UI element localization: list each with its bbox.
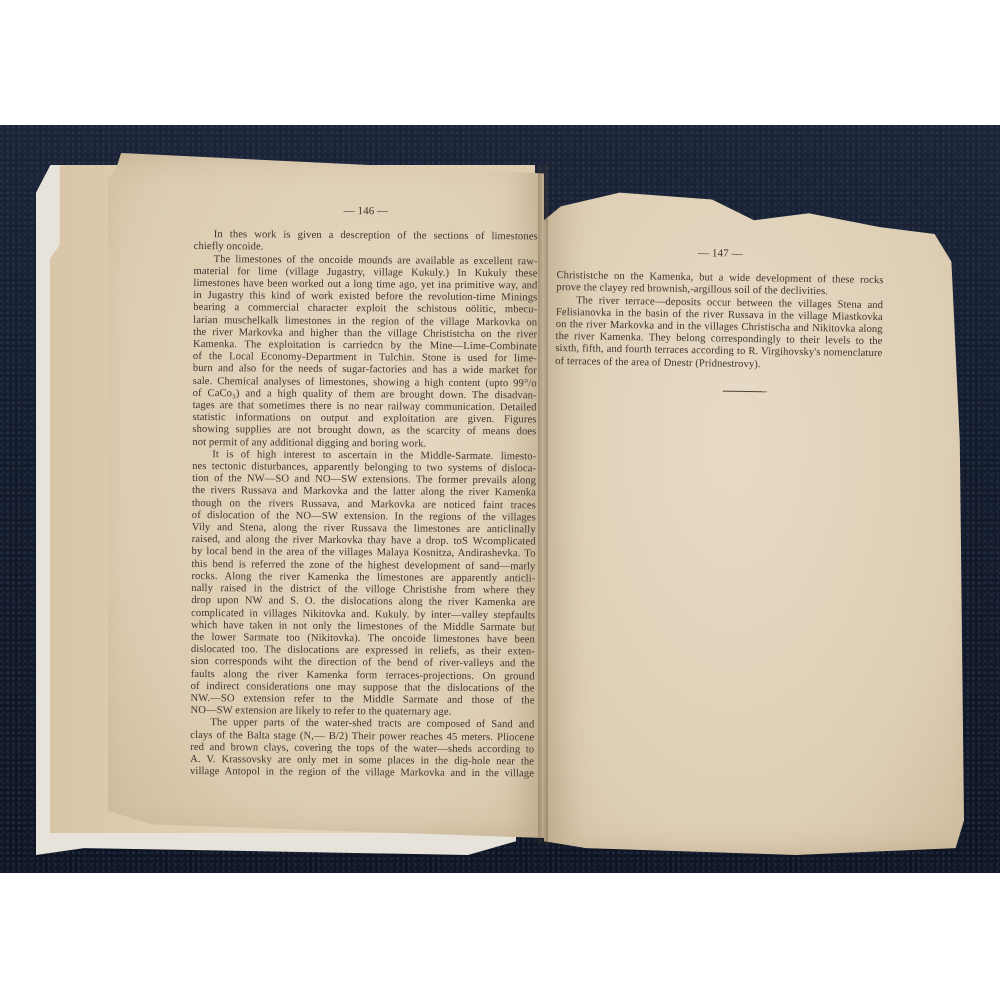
book-photo: — 146 — In thes work is given a descrept… [0, 125, 1000, 873]
left-page-body: In thes work is given a descreption of t… [190, 229, 538, 781]
text-line: village Antopol in the region of the vil… [190, 766, 534, 781]
book-gutter [538, 165, 548, 845]
page-number-left: — 146 — [194, 204, 538, 219]
left-page-text: — 146 — In thes work is given a descrept… [190, 204, 538, 781]
right-page-text: — 147 — Christistche on the Kamenka, but… [555, 245, 884, 394]
right-page-body: Christistche on the Kamenka, but a wide … [555, 270, 883, 373]
